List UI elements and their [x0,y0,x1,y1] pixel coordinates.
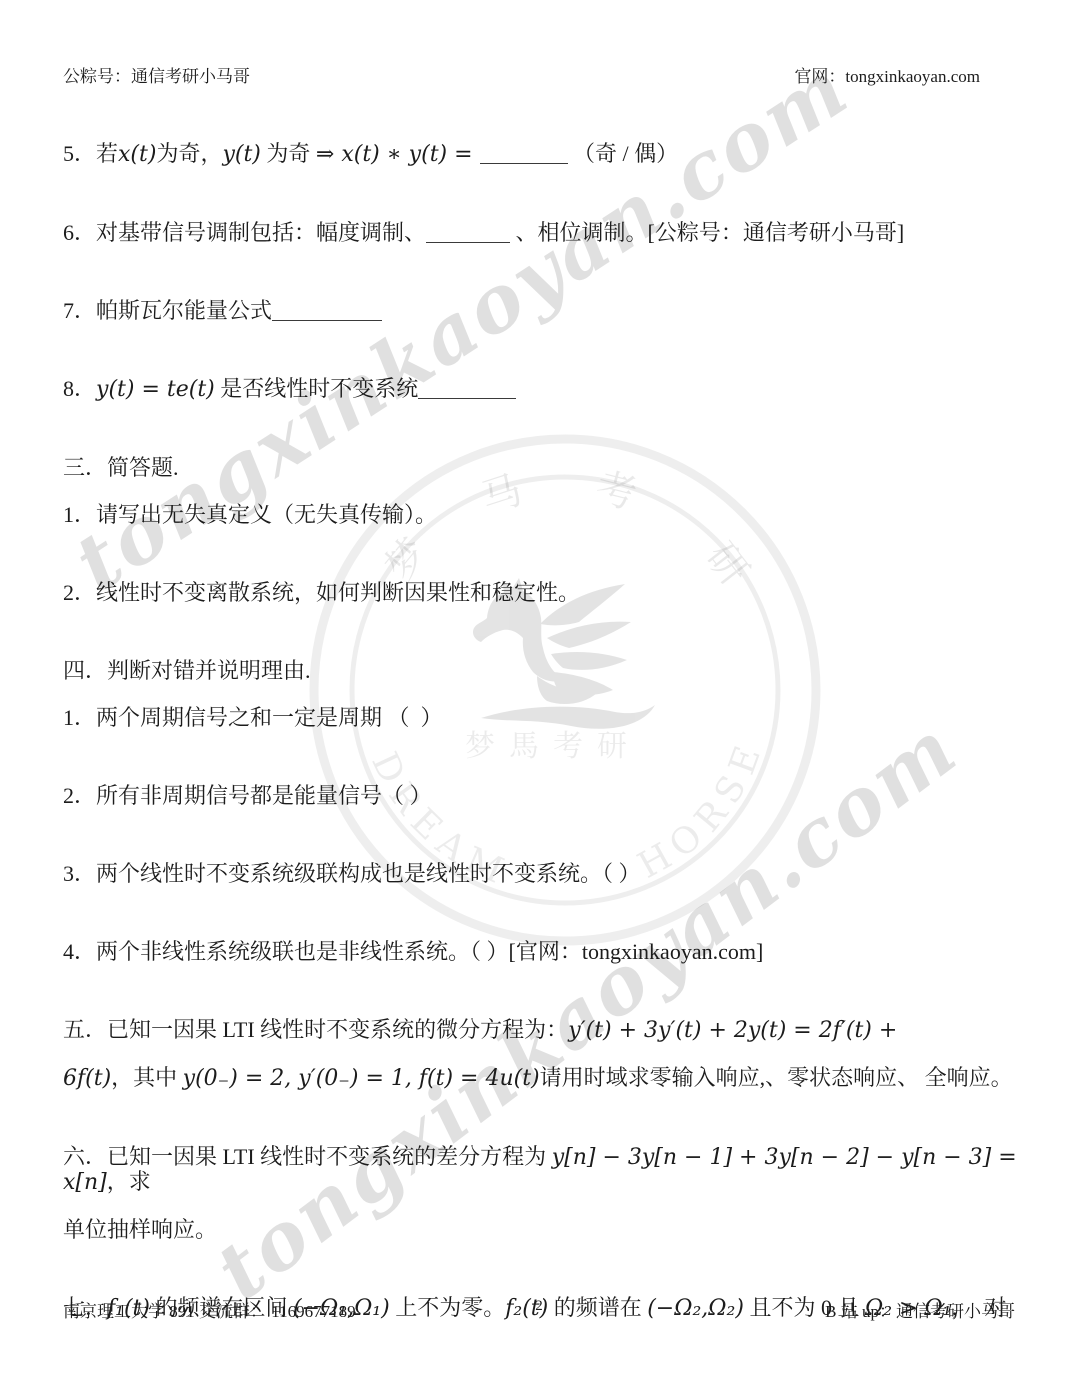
text-segment: 为奇 [261,141,316,166]
text-segment: 是否线性时不变系统 [215,376,419,401]
page-header: 公粽号：通信考研小马哥 官网：tongxinkaoyan.com [63,62,980,87]
text-segment: 六．已知一因果 LTI 线性时不变系统的差分方程为 [63,1144,552,1169]
math-expression: y′(t) + 3y′(t) + 2y(t) = 2f′(t) + [568,1018,897,1043]
fill-in-blank-line [418,397,516,399]
math-expression: y(0₋) = 2, y′(0₋) = 1, f(t) = 4u(t) [183,1066,540,1091]
math-expression: y(t) = te(t) [96,377,215,402]
text-segment: 的频谱在 [548,1295,647,1320]
document-line: 7．帕斯瓦尔能量公式 [63,299,1022,323]
text-segment: 2．所有非周期信号都是能量信号（ ） [63,783,432,808]
math-expression: x(t) [118,142,156,167]
document-line: 2．所有非周期信号都是能量信号（ ） [63,784,1022,808]
footer-group-info: 南京理工大学 891 交流群： 1169677189 [63,1297,356,1322]
text-segment: 1．请写出无失真定义（无失真传输）。 [63,502,437,527]
header-left-account: 公粽号：通信考研小马哥 [63,62,250,87]
document-line: 3．两个线性时不变系统级联构成也是线性时不变系统。（ ） [63,862,1022,886]
text-segment: 三．简答题. [63,455,179,480]
document-body: 5．若x(t)为奇，y(t) 为奇 ⇒ x(t) ∗ y(t) = （奇 / 偶… [63,142,1022,1321]
math-expression: (−Ω₂,Ω₂) [647,1296,744,1321]
exam-document-page: tongxinkaoyan.com tongxinkaoyan.com 梦 马 … [0,0,1080,1397]
text-segment: 6．对基带信号调制包括：幅度调制、 [63,220,426,245]
document-line: 单位抽样响应。 [63,1218,1022,1242]
document-line: 1．两个周期信号之和一定是周期 （ ） [63,706,1022,730]
text-segment: 2．线性时不变离散系统，如何判断因果性和稳定性。 [63,580,580,605]
text-segment: 8． [63,376,96,401]
document-line: 8．y(t) = te(t) 是否线性时不变系统 [63,377,1022,402]
text-segment: 7．帕斯瓦尔能量公式 [63,298,272,323]
text-segment: ，求 [107,1169,151,1194]
text-segment: 4．两个非线性系统级联也是非线性系统。（ ）[官网：tongxinkaoyan.… [63,939,763,964]
fill-in-blank-line [426,241,510,243]
document-line: 6．对基带信号调制包括：幅度调制、 、相位调制。[公粽号：通信考研小马哥] [63,221,1022,245]
document-line: 4．两个非线性系统级联也是非线性系统。（ ）[官网：tongxinkaoyan.… [63,940,1022,964]
page-number: 2 [535,1298,543,1315]
text-segment: 、相位调制。[公粽号：通信考研小马哥] [510,220,904,245]
document-line: 6f(t)，其中 y(0₋) = 2, y′(0₋) = 1, f(t) = 4… [63,1066,1022,1091]
header-right-website: 官网：tongxinkaoyan.com [794,62,980,87]
document-line: 六．已知一因果 LTI 线性时不变系统的差分方程为 y[n] − 3y[n − … [63,1145,1022,1195]
fill-in-blank-line [480,162,568,164]
text-segment: ，其中 [111,1065,183,1090]
text-segment: 上不为零。 [390,1295,506,1320]
text-segment: 3．两个线性时不变系统级联构成也是线性时不变系统。（ ） [63,861,641,886]
text-segment: 四．判断对错并说明理由. [63,658,311,683]
math-expression: ⇒ x(t) ∗ y(t) = [316,142,480,167]
math-expression: y(t) [222,142,260,167]
text-segment: 为奇， [156,141,222,166]
text-segment: 五．已知一因果 LTI 线性时不变系统的微分方程为： [63,1017,568,1042]
fill-in-blank-line [272,319,382,321]
text-segment: 1．两个周期信号之和一定是周期 （ ） [63,705,443,730]
text-segment: 5．若 [63,141,118,166]
document-line: 2．线性时不变离散系统，如何判断因果性和稳定性。 [63,581,1022,605]
document-line: 三．简答题. [63,456,1022,480]
text-segment: 请用时域求零输入响应,、零状态响应、 全响应。 [540,1065,1013,1090]
math-expression: 6f(t) [63,1066,111,1091]
text-segment: 单位抽样响应。 [63,1217,217,1242]
document-line: 四．判断对错并说明理由. [63,659,1022,683]
document-line: 5．若x(t)为奇，y(t) 为奇 ⇒ x(t) ∗ y(t) = （奇 / 偶… [63,142,1022,167]
footer-bilibili-info: B 站 up：通信考研小马哥 [825,1297,1015,1322]
text-segment: （奇 / 偶） [568,141,679,166]
document-line: 1．请写出无失真定义（无失真传输）。 [63,503,1022,527]
document-line: 五．已知一因果 LTI 线性时不变系统的微分方程为：y′(t) + 3y′(t)… [63,1018,1022,1043]
